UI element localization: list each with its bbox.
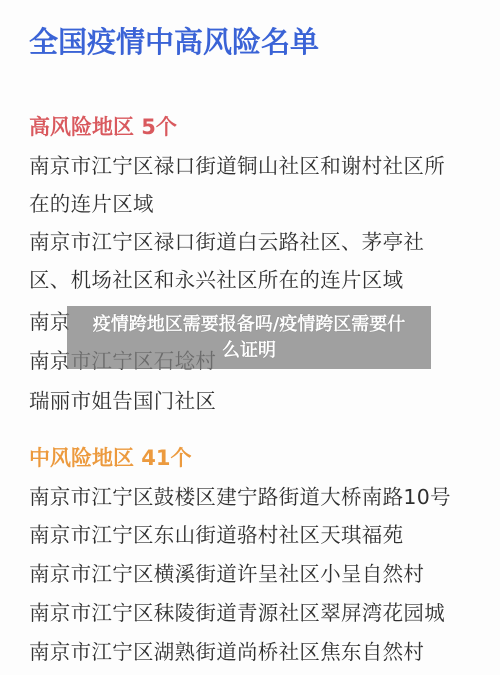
high-risk-line: 瑞丽市姐告国门社区 [29,387,216,415]
high-risk-line: 南京市江宁区禄口街道铜山社区和谢村社区所 [29,152,445,180]
medium-risk-line: 南京市江宁区横溪街道许呈社区小呈自然村 [29,560,424,588]
high-risk-heading: 高风险地区 5个 [29,113,177,141]
medium-risk-line: 南京市江宁区秣陵街道青源社区翠屏湾花园城 [29,599,445,627]
caption-text: 疫情跨地区需要报备吗/疫情跨区需要什么证明 [84,312,414,364]
medium-risk-line: 南京市江宁区东山街道骆村社区天琪福苑 [29,521,403,549]
caption-overlay: 疫情跨地区需要报备吗/疫情跨区需要什么证明 [67,306,431,369]
high-risk-line-obscured: 南京 [29,308,71,336]
high-risk-line: 在的连片区域 [29,190,154,218]
medium-risk-line: 南京市江宁区湖熟街道尚桥社区焦东自然村 [29,638,424,666]
document-page: 全国疫情中高风险名单 高风险地区 5个 南京市江宁区禄口街道铜山社区和谢村社区所… [0,0,500,675]
page-title: 全国疫情中高风险名单 [29,22,319,62]
high-risk-line: 区、机场社区和永兴社区所在的连片区域 [29,266,403,294]
high-risk-line: 南京市江宁区禄口街道白云路社区、茅亭社 [29,228,424,256]
medium-risk-heading: 中风险地区 41个 [29,444,192,472]
medium-risk-line: 南京市江宁区鼓楼区建宁路街道大桥南路10号 [29,483,451,511]
